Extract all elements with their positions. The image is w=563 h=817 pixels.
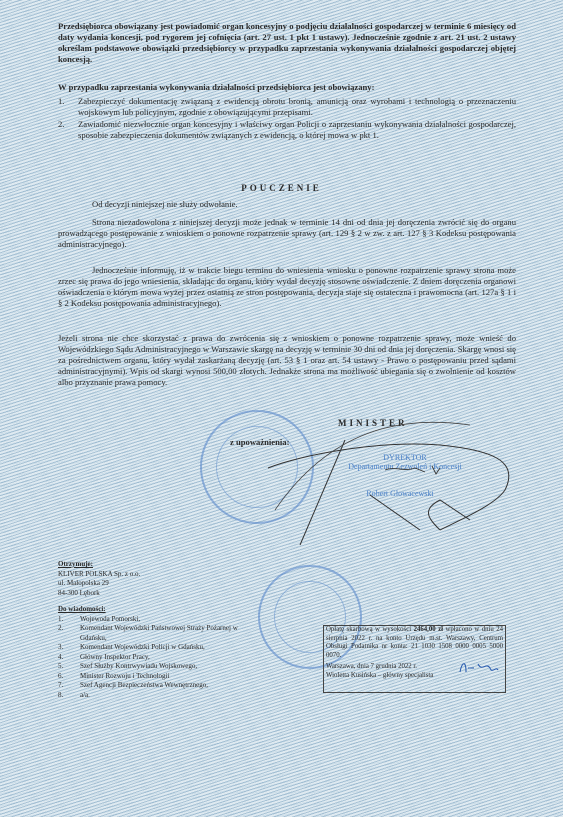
info-item: 5.Szef Służby Kontrwywiadu Wojskowego, <box>58 662 238 672</box>
info-number: 3. <box>58 643 63 653</box>
decision-document-page: Przedsiębiorca obowiązany jest powiadomi… <box>0 0 563 817</box>
info-number: 8. <box>58 691 63 701</box>
info-item: 6.Minister Rozwoju i Technologii <box>58 672 238 682</box>
info-item: 7.Szef Agencji Bezpieczeństwa Wewnętrzne… <box>58 681 238 691</box>
stamp-duty-note: Opłatę skarbową w wysokości 2464,00 zł w… <box>323 625 506 693</box>
info-number: 5. <box>58 662 63 672</box>
recipients-heading: Otrzymuje: <box>58 560 140 570</box>
recipients-section: Otrzymuje: KLIVER POLSKA Sp. z o.o. ul. … <box>58 560 140 598</box>
info-item: 3.Komendant Wojewódzki Policji w Gdańsku… <box>58 643 238 653</box>
fee-official: Wioletta Kusińska – główny specjalista <box>326 672 503 681</box>
info-text: Komendant Wojewódzki Państwowej Straży P… <box>80 624 238 642</box>
for-information-section: Do wiadomości: 1.Wojewoda Pomorski, 2.Ko… <box>58 605 238 700</box>
fee-pre: Opłatę skarbową w wysokości <box>326 626 411 633</box>
info-item: 1.Wojewoda Pomorski, <box>58 615 238 625</box>
info-number: 4. <box>58 653 63 663</box>
fee-amount: 2464,00 zł <box>414 626 443 633</box>
info-text: Szef Agencji Bezpieczeństwa Wewnętrznego… <box>80 681 208 689</box>
for-information-list: 1.Wojewoda Pomorski, 2.Komendant Wojewód… <box>58 615 238 701</box>
info-text: a/a. <box>80 691 90 699</box>
recipient-line: ul. Małopolska 29 <box>58 579 140 589</box>
info-item: 8.a/a. <box>58 691 238 701</box>
info-number: 7. <box>58 681 63 691</box>
recipient-line: KLIVER POLSKA Sp. z o.o. <box>58 570 140 580</box>
info-item: 2.Komendant Wojewódzki Państwowej Straży… <box>58 624 238 643</box>
fee-text: Opłatę skarbową w wysokości 2464,00 zł w… <box>326 626 503 660</box>
info-text: Główny Inspektor Pracy, <box>80 653 150 661</box>
info-text: Szef Służby Kontrwywiadu Wojskowego, <box>80 662 197 670</box>
info-text: Minister Rozwoju i Technologii <box>80 672 169 680</box>
for-information-heading: Do wiadomości: <box>58 605 238 615</box>
info-number: 2. <box>58 624 63 634</box>
info-text: Komendant Wojewódzki Policji w Gdańsku, <box>80 643 205 651</box>
info-text: Wojewoda Pomorski, <box>80 615 140 623</box>
fee-place-date: Warszawa, dnia 7 grudnia 2022 r. <box>326 663 503 672</box>
info-item: 4.Główny Inspektor Pracy, <box>58 653 238 663</box>
info-number: 6. <box>58 672 63 682</box>
recipient-line: 84-300 Lębork <box>58 589 140 599</box>
info-number: 1. <box>58 615 63 625</box>
